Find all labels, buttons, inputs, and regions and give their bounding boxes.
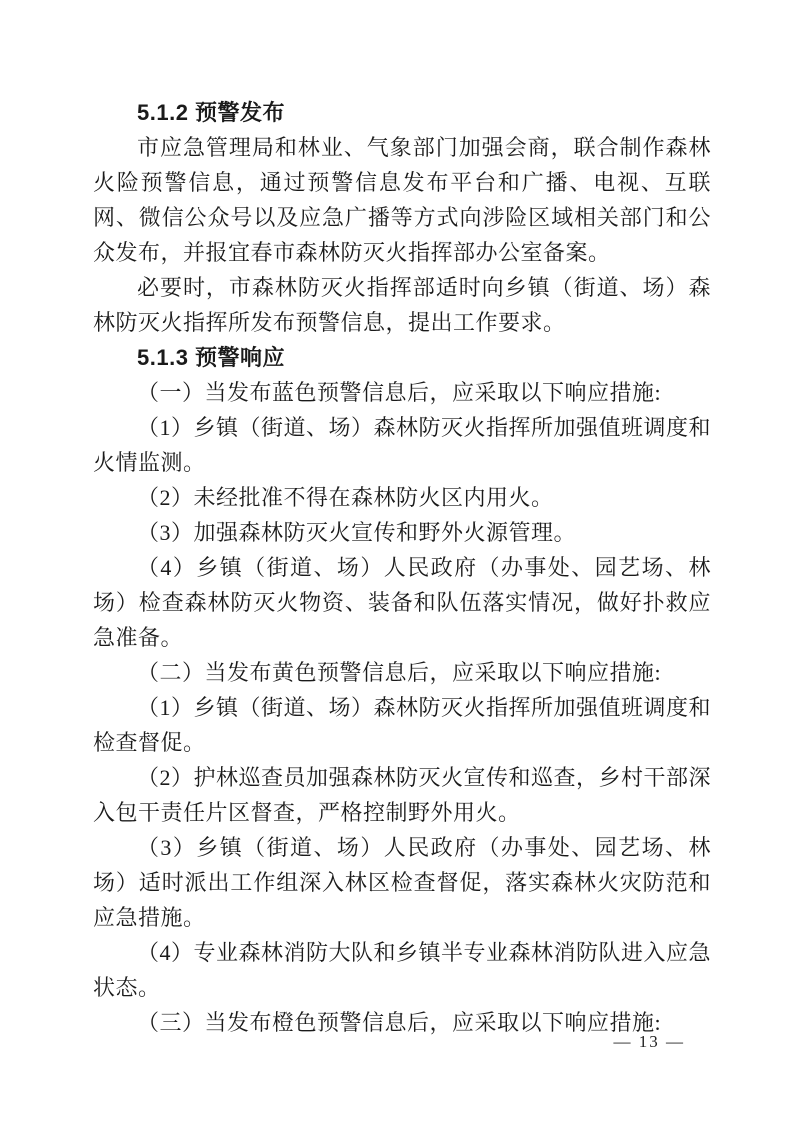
document-body: 5.1.2 预警发布市应急管理局和林业、气象部门加强会商，联合制作森林火险预警信… (93, 95, 711, 1040)
paragraph: （1）乡镇（街道、场）森林防灭火指挥所加强值班调度和检查督促。 (93, 690, 711, 760)
paragraph: （3）乡镇（街道、场）人民政府（办事处、园艺场、林场）适时派出工作组深入林区检查… (93, 830, 711, 935)
paragraph: 必要时，市森林防灭火指挥部适时向乡镇（街道、场）森林防灭火指挥所发布预警信息，提… (93, 270, 711, 340)
paragraph: （3）加强森林防灭火宣传和野外火源管理。 (93, 515, 711, 550)
paragraph: （1）乡镇（街道、场）森林防灭火指挥所加强值班调度和火情监测。 (93, 410, 711, 480)
paragraph: （4）专业森林消防大队和乡镇半专业森林消防队进入应急状态。 (93, 935, 711, 1005)
section-heading: 5.1.2 预警发布 (93, 95, 711, 130)
section-heading: 5.1.3 预警响应 (93, 340, 711, 375)
paragraph: （一）当发布蓝色预警信息后，应采取以下响应措施: (93, 375, 711, 410)
paragraph: （4）乡镇（街道、场）人民政府（办事处、园艺场、林场）检查森林防灭火物资、装备和… (93, 550, 711, 655)
document-page: 5.1.2 预警发布市应急管理局和林业、气象部门加强会商，联合制作森林火险预警信… (0, 0, 793, 1122)
paragraph: （二）当发布黄色预警信息后，应采取以下响应措施: (93, 655, 711, 690)
paragraph: （2）护林巡查员加强森林防灭火宣传和巡查，乡村干部深入包干责任片区督查，严格控制… (93, 760, 711, 830)
paragraph: （2）未经批准不得在森林防火区内用火。 (93, 480, 711, 515)
paragraph: 市应急管理局和林业、气象部门加强会商，联合制作森林火险预警信息，通过预警信息发布… (93, 130, 711, 270)
page-number: — 13 — (614, 1030, 686, 1054)
